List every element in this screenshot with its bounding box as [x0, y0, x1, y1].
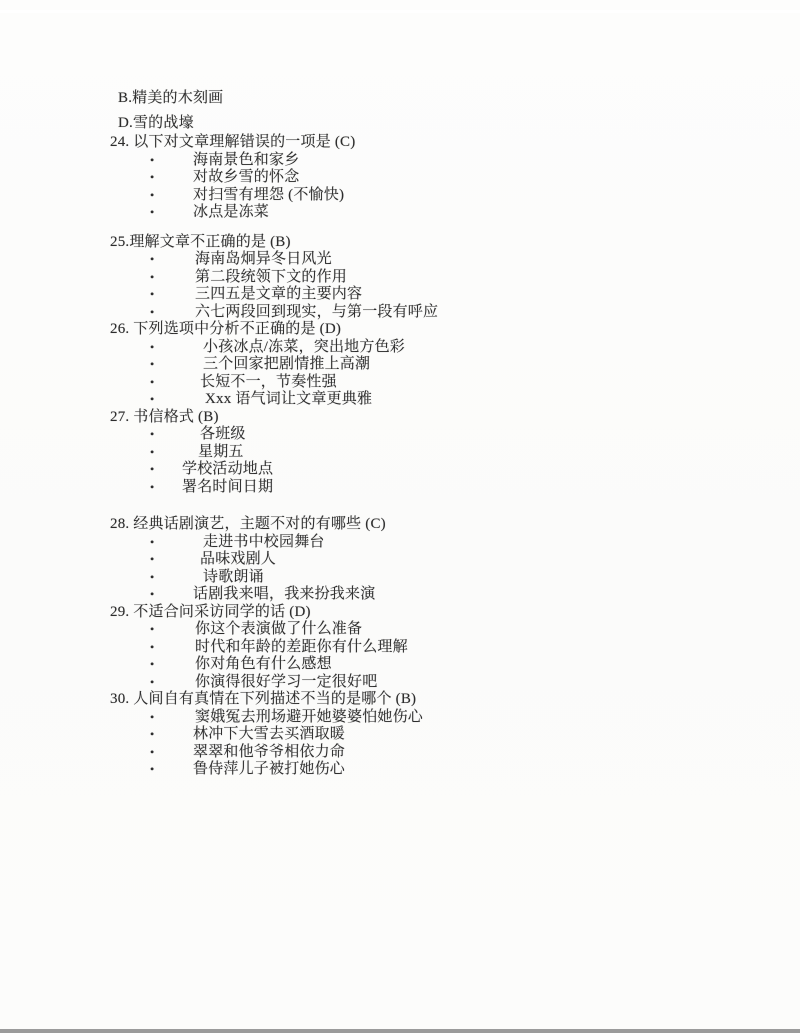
- bullet-icon: •: [150, 304, 154, 322]
- option-text: 小孩冰点/冻菜，突出地方色彩: [203, 339, 405, 355]
- option-item: •三四五是文章的主要内容: [110, 286, 710, 304]
- option-text: 海南景色和家乡: [193, 152, 299, 168]
- option-item: •窦娥冤去刑场避开她婆婆怕她伤心: [110, 709, 710, 727]
- bullet-icon: •: [150, 709, 154, 727]
- choice-line: D.雪的战壕: [118, 115, 710, 133]
- option-text: 学校活动地点: [182, 461, 273, 477]
- bullet-icon: •: [150, 187, 154, 205]
- question-heading: 27. 书信格式 (B): [110, 409, 710, 427]
- option-text: 三个回家把剧情推上高潮: [203, 356, 370, 372]
- bullet-icon: •: [150, 286, 154, 304]
- bullet-icon: •: [150, 461, 154, 479]
- option-item: •星期五: [110, 444, 710, 462]
- option-item: •林冲下大雪去买酒取暖: [110, 726, 710, 744]
- option-text: 第二段统领下文的作用: [195, 269, 347, 285]
- bullet-icon: •: [150, 339, 154, 357]
- option-item: •Xxx 语气词让文章更典雅: [110, 391, 710, 409]
- option-item: •你这个表演做了什么准备: [110, 621, 710, 639]
- option-text: 你这个表演做了什么准备: [195, 621, 362, 637]
- bullet-icon: •: [150, 374, 154, 392]
- option-item: •鲁侍萍儿子被打她伤心: [110, 761, 710, 779]
- question-block: 25.理解文章不正确的是 (B)•海南岛炯异冬日风光•第二段统领下文的作用•三四…: [110, 234, 710, 322]
- bullet-icon: •: [150, 639, 154, 657]
- bullet-icon: •: [150, 152, 154, 170]
- bullet-icon: •: [150, 674, 154, 692]
- option-item: •对扫雪有埋怨 (不愉快): [110, 187, 710, 205]
- option-item: •对故乡雪的怀念: [110, 169, 710, 187]
- option-item: •各班级: [110, 426, 710, 444]
- option-item: •翠翠和他爷爷相依力命: [110, 744, 710, 762]
- question-block: 29. 不适合问采访同学的话 (D)•你这个表演做了什么准备•时代和年龄的差距你…: [110, 604, 710, 692]
- question-block: 27. 书信格式 (B)•各班级•星期五•学校活动地点•署名时间日期: [110, 409, 710, 497]
- bullet-icon: •: [150, 269, 154, 287]
- option-item: •话剧我来唱，我来扮我来演: [110, 586, 710, 604]
- bullet-icon: •: [150, 169, 154, 187]
- bullet-icon: •: [150, 569, 154, 587]
- bullet-icon: •: [150, 444, 154, 462]
- option-text: 你演得很好学习一定很好吧: [195, 674, 377, 690]
- bullet-icon: •: [150, 204, 154, 222]
- option-item: •时代和年龄的差距你有什么理解: [110, 639, 710, 657]
- question-block: 24. 以下对文章理解错误的一项是 (C)•海南景色和家乡•对故乡雪的怀念•对扫…: [110, 134, 710, 222]
- bullet-icon: •: [150, 391, 154, 409]
- option-item: •小孩冰点/冻菜，突出地方色彩: [110, 339, 710, 357]
- question-heading: 28. 经典话剧演艺，主题不对的有哪些 (C): [110, 516, 710, 534]
- bullet-icon: •: [150, 426, 154, 444]
- bullet-icon: •: [150, 356, 154, 374]
- option-text: 品味戏剧人: [200, 551, 276, 567]
- bullet-icon: •: [150, 621, 154, 639]
- option-item: •冰点是冻菜: [110, 204, 710, 222]
- option-text: 星期五: [198, 444, 244, 460]
- option-text: 走进书中校园舞台: [203, 534, 325, 550]
- option-text: 海南岛炯异冬日风光: [195, 251, 332, 267]
- document-page: B.精美的木刻画D.雪的战壕 24. 以下对文章理解错误的一项是 (C)•海南景…: [0, 0, 800, 1033]
- question-heading: 26. 下列选项中分析不正确的是 (D): [110, 321, 710, 339]
- option-text: 窦娥冤去刑场避开她婆婆怕她伤心: [195, 709, 423, 725]
- questions-group: 24. 以下对文章理解错误的一项是 (C)•海南景色和家乡•对故乡雪的怀念•对扫…: [110, 134, 710, 779]
- option-item: •海南岛炯异冬日风光: [110, 251, 710, 269]
- bullet-icon: •: [150, 251, 154, 269]
- option-item: •学校活动地点: [110, 461, 710, 479]
- option-text: 对扫雪有埋怨 (不愉快): [193, 187, 344, 203]
- bullet-icon: •: [150, 479, 154, 497]
- option-text: 六七两段回到现实，与第一段有呼应: [195, 304, 438, 320]
- question-heading: 30. 人间自有真情在下列描述不当的是哪个 (B): [110, 691, 710, 709]
- answer-sheet-content: B.精美的木刻画D.雪的战壕 24. 以下对文章理解错误的一项是 (C)•海南景…: [110, 90, 710, 779]
- option-text: 署名时间日期: [182, 479, 273, 495]
- option-text: 时代和年龄的差距你有什么理解: [195, 639, 408, 655]
- bullet-icon: •: [150, 656, 154, 674]
- question-block: 28. 经典话剧演艺，主题不对的有哪些 (C)•走进书中校园舞台•品味戏剧人•诗…: [110, 516, 710, 604]
- question-heading: 24. 以下对文章理解错误的一项是 (C): [110, 134, 710, 152]
- question-heading: 29. 不适合问采访同学的话 (D): [110, 604, 710, 622]
- option-text: 你对角色有什么感想: [195, 656, 332, 672]
- bullet-icon: •: [150, 744, 154, 762]
- option-item: •走进书中校园舞台: [110, 534, 710, 552]
- bullet-icon: •: [150, 586, 154, 604]
- option-text: 各班级: [200, 426, 246, 442]
- question-heading: 25.理解文章不正确的是 (B): [110, 234, 710, 252]
- option-item: •署名时间日期: [110, 479, 710, 497]
- option-text: 鲁侍萍儿子被打她伤心: [193, 761, 345, 777]
- option-item: •第二段统领下文的作用: [110, 269, 710, 287]
- option-item: •六七两段回到现实，与第一段有呼应: [110, 304, 710, 322]
- option-item: •海南景色和家乡: [110, 152, 710, 170]
- page-bottom-edge: [0, 1029, 800, 1033]
- option-text: 话剧我来唱，我来扮我来演: [193, 586, 375, 602]
- option-item: •诗歌朗诵: [110, 569, 710, 587]
- stray-choices-group: B.精美的木刻画D.雪的战壕: [110, 90, 710, 132]
- option-item: •三个回家把剧情推上高潮: [110, 356, 710, 374]
- option-item: •长短不一，节奏性强: [110, 374, 710, 392]
- scan-artifact-band: [0, 10, 800, 13]
- option-text: 长短不一，节奏性强: [200, 374, 337, 390]
- bullet-icon: •: [150, 534, 154, 552]
- bullet-icon: •: [150, 726, 154, 744]
- bullet-icon: •: [150, 761, 154, 779]
- option-text: 对故乡雪的怀念: [193, 169, 299, 185]
- option-text: 翠翠和他爷爷相依力命: [193, 744, 345, 760]
- choice-line: B.精美的木刻画: [118, 90, 710, 108]
- question-block: 26. 下列选项中分析不正确的是 (D)•小孩冰点/冻菜，突出地方色彩•三个回家…: [110, 321, 710, 409]
- option-item: •你演得很好学习一定很好吧: [110, 674, 710, 692]
- bullet-icon: •: [150, 551, 154, 569]
- option-text: 诗歌朗诵: [203, 569, 264, 585]
- question-block: 30. 人间自有真情在下列描述不当的是哪个 (B)•窦娥冤去刑场避开她婆婆怕她伤…: [110, 691, 710, 779]
- option-text: 林冲下大雪去买酒取暖: [193, 726, 345, 742]
- option-text: 冰点是冻菜: [193, 204, 269, 220]
- option-item: •你对角色有什么感想: [110, 656, 710, 674]
- option-item: •品味戏剧人: [110, 551, 710, 569]
- option-text: 三四五是文章的主要内容: [195, 286, 362, 302]
- option-text: Xxx 语气词让文章更典雅: [205, 391, 372, 407]
